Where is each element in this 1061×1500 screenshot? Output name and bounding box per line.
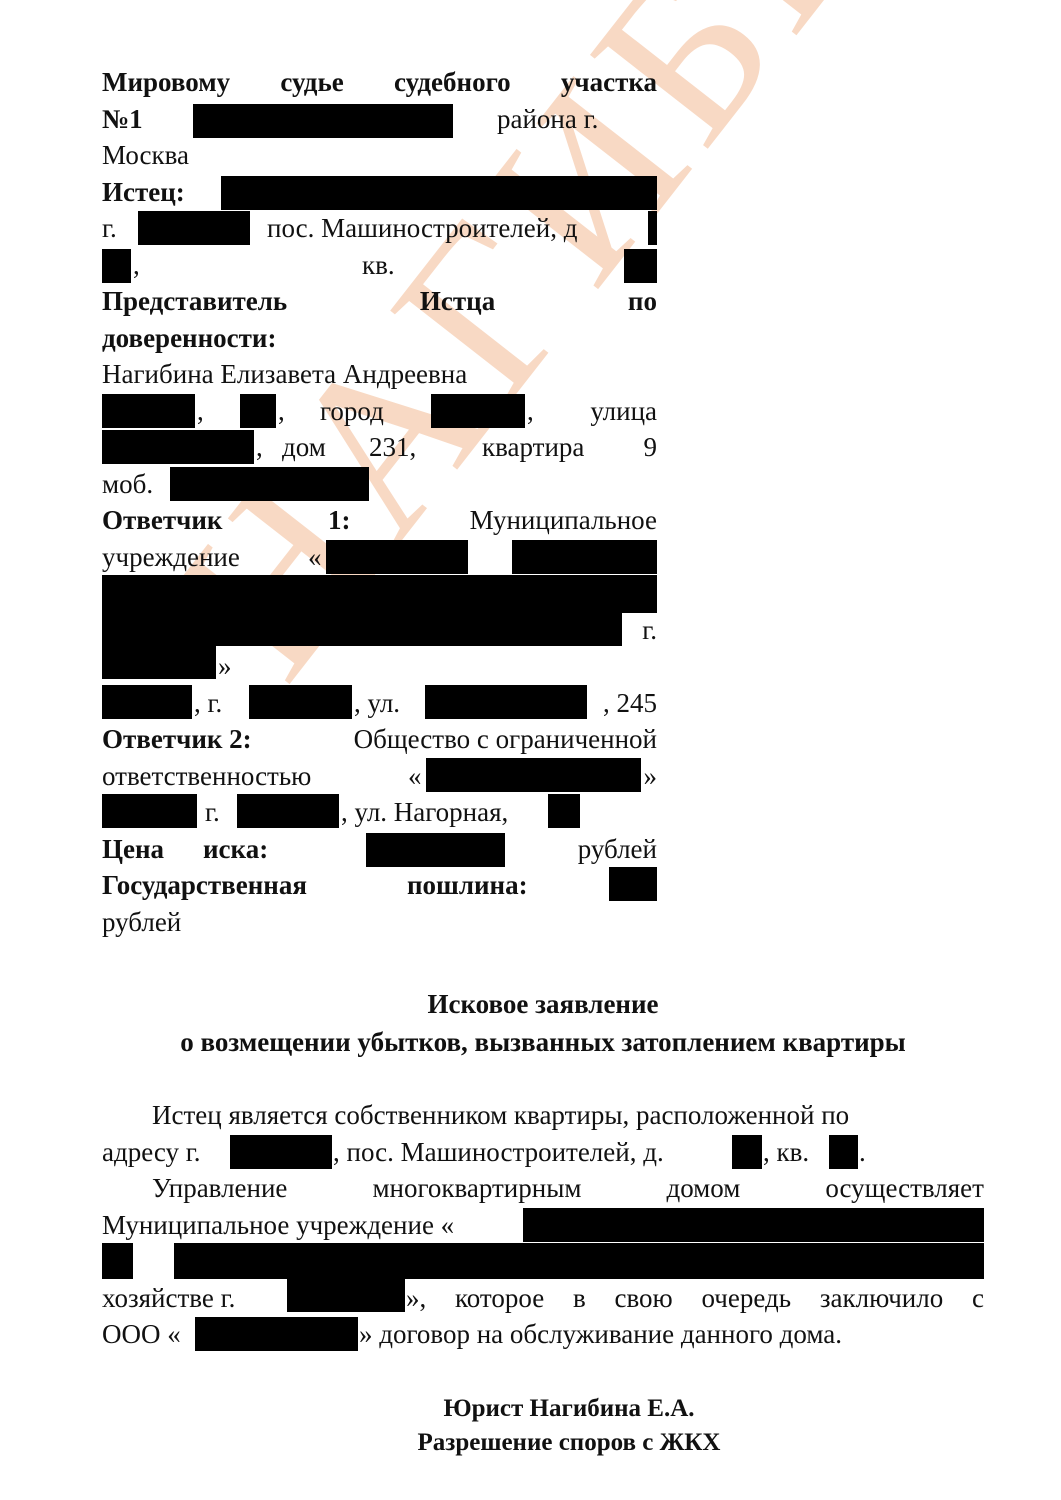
text: судье: [280, 64, 343, 101]
text: .: [859, 1134, 866, 1171]
text: , пос. Машиностроителей, д.: [333, 1134, 664, 1171]
document-body: Истец является собственником квартиры, р…: [102, 1097, 984, 1353]
text: ,: [256, 429, 263, 466]
redaction: [102, 794, 197, 828]
text: », которое в свою очередь заключило с: [406, 1280, 984, 1317]
text: Управление: [152, 1170, 287, 1207]
redaction: [366, 833, 505, 867]
redaction: [193, 104, 453, 138]
defendant2-address-line: г. , ул. Нагорная,: [102, 794, 657, 831]
text: «: [308, 539, 322, 576]
redaction: [287, 1278, 405, 1312]
paragraph1-line1: Истец является собственником квартиры, р…: [102, 1097, 984, 1134]
text: , ул.: [354, 685, 400, 722]
redaction: [548, 794, 580, 828]
text: ООО «: [102, 1319, 181, 1349]
state-fee-unit: рублей: [102, 904, 657, 941]
state-fee-line: Государственная пошлина:: [102, 867, 657, 904]
text: » договор на обслуживание данного дома.: [359, 1316, 842, 1353]
defendant1-address-line: , г. , ул. , 245: [102, 685, 657, 722]
defendant2-label: Ответчик 2:: [102, 724, 252, 754]
redaction: [102, 249, 131, 283]
text: многоквартирным: [372, 1170, 581, 1207]
text: г.: [102, 213, 117, 243]
representative-name: Нагибина Елизавета Андреевна: [102, 356, 657, 393]
text: ,: [527, 393, 534, 430]
text: Государственная: [102, 870, 307, 900]
claim-price-line: Цена иска: рублей: [102, 831, 657, 868]
paragraph2-line3: [102, 1243, 984, 1280]
representative-label-line: Представитель Истца по: [102, 283, 657, 320]
redaction: [138, 211, 250, 245]
plaintiff-line: Истец:: [102, 174, 657, 211]
signature-block: Юрист Нагибина Е.А. Разрешение споров с …: [102, 1393, 1036, 1459]
redaction: [230, 1135, 332, 1169]
court-addressee: Мировомусудьесудебногоучастка: [102, 64, 657, 101]
text: »: [644, 758, 658, 795]
court-number-line: №1 района г.: [102, 101, 657, 138]
defendant1-name-line3: г.: [102, 612, 657, 649]
redaction: [326, 540, 468, 574]
redaction: [425, 685, 587, 719]
plaintiff-settlement: пос. Машиностроителей, д: [267, 210, 577, 247]
redaction: [237, 794, 339, 828]
text: дом: [282, 429, 326, 466]
redaction: [102, 430, 254, 464]
text: учреждение: [102, 542, 240, 572]
redaction: [431, 394, 525, 428]
text: , кв.: [763, 1134, 809, 1171]
text: рублей: [578, 831, 657, 868]
text: моб.: [102, 469, 153, 499]
paragraph1-line2: адресу г. , пос. Машиностроителей, д. , …: [102, 1134, 984, 1171]
text: Цена: [102, 834, 164, 864]
redaction: [523, 1208, 984, 1242]
text: осуществляет: [825, 1170, 984, 1207]
text: ,: [278, 393, 285, 430]
text: по: [628, 283, 657, 320]
plaintiff-address-line: г. пос. Машиностроителей, д: [102, 210, 657, 247]
court-city: Москва: [102, 137, 657, 174]
text: квартира: [482, 429, 584, 466]
court-district: района г.: [497, 101, 598, 138]
representative-label: доверенности:: [102, 323, 276, 353]
document-page: Мировомусудьесудебногоучастка №1 района …: [0, 0, 1061, 1500]
paragraph2-line4: хозяйстве г. », которое в свою очередь з…: [102, 1280, 984, 1317]
paragraph2-line2: Муниципальное учреждение «: [102, 1207, 984, 1244]
representative-address-line2: , дом 231, квартира 9: [102, 429, 657, 466]
redaction: [426, 758, 641, 792]
text: ,: [133, 247, 140, 284]
redaction: [102, 575, 657, 613]
text: ,: [197, 393, 204, 430]
text: , ул. Нагорная,: [341, 794, 508, 831]
signature-tagline: Разрешение споров с ЖКХ: [102, 1427, 1036, 1459]
defendant1-name-line: учреждение «: [102, 539, 657, 576]
paragraph2-line1: Управление многоквартирным домом осущест…: [102, 1170, 984, 1207]
text: 1:: [328, 502, 351, 539]
redaction: [102, 645, 216, 679]
redaction: [624, 249, 657, 283]
text: пошлина:: [407, 867, 528, 904]
text: «: [408, 758, 422, 795]
text: домом: [666, 1170, 740, 1207]
header-block: Мировомусудьесудебногоучастка №1 района …: [102, 64, 657, 940]
representative-mobile-line: моб.: [102, 466, 657, 503]
redaction: [732, 1135, 762, 1169]
text: ответственностью: [102, 761, 311, 791]
paragraph2-line5: ООО « » договор на обслуживание данного …: [102, 1316, 984, 1353]
defendant1-label-line: Ответчик 1: Муниципальное: [102, 502, 657, 539]
redaction: [221, 176, 657, 210]
text: судебного: [394, 64, 511, 101]
text: , 245: [603, 685, 657, 722]
defendant1-name-line4: »: [102, 648, 657, 685]
redaction: [102, 1243, 133, 1279]
court-number: №1: [102, 104, 143, 134]
text: г.: [642, 612, 657, 649]
redaction: [648, 211, 657, 245]
text: Представитель: [102, 283, 287, 320]
redaction: [512, 540, 657, 574]
representative-address-line1: , , город , улица: [102, 393, 657, 430]
text: иска:: [203, 831, 268, 868]
text: хозяйстве г.: [102, 1283, 235, 1313]
text: Ответчик: [102, 505, 222, 535]
plaintiff-label: Истец:: [102, 177, 185, 207]
redaction: [170, 467, 369, 501]
redaction: [174, 1243, 984, 1279]
text: участка: [561, 64, 657, 101]
text: Мировому: [102, 64, 230, 101]
text: »: [218, 648, 232, 685]
defendant1-name-line2: [102, 575, 657, 612]
defendant2-label-line: Ответчик 2: Общество с ограниченной: [102, 721, 657, 758]
title-line1: Исковое заявление: [102, 988, 984, 1021]
document-title: Исковое заявление о возмещении убытков, …: [102, 988, 984, 1059]
text: Общество с ограниченной: [354, 721, 657, 758]
text: город: [320, 393, 384, 430]
text: 9: [644, 429, 658, 466]
text: Муниципальное: [470, 502, 657, 539]
redaction: [195, 1317, 358, 1351]
text: улица: [590, 393, 657, 430]
plaintiff-apt-line: , кв.: [102, 247, 657, 284]
text: 231,: [369, 429, 416, 466]
signature-name: Юрист Нагибина Е.А.: [102, 1393, 1036, 1425]
defendant2-name-line: ответственностью « »: [102, 758, 657, 795]
text: Муниципальное учреждение «: [102, 1210, 454, 1240]
redaction: [249, 685, 352, 719]
redaction: [102, 685, 192, 719]
redaction: [240, 394, 276, 428]
redaction: [102, 394, 195, 428]
redaction: [102, 612, 622, 646]
title-line2: о возмещении убытков, вызванных затоплен…: [102, 1026, 984, 1059]
redaction: [829, 1135, 858, 1169]
text: адресу г.: [102, 1137, 201, 1167]
text: Истца: [420, 283, 495, 320]
redaction: [609, 867, 657, 901]
text: г.: [205, 794, 220, 831]
text: кв.: [362, 247, 395, 284]
text: , г.: [194, 685, 222, 722]
court-line: Мировомусудьесудебногоучастка: [102, 64, 657, 101]
